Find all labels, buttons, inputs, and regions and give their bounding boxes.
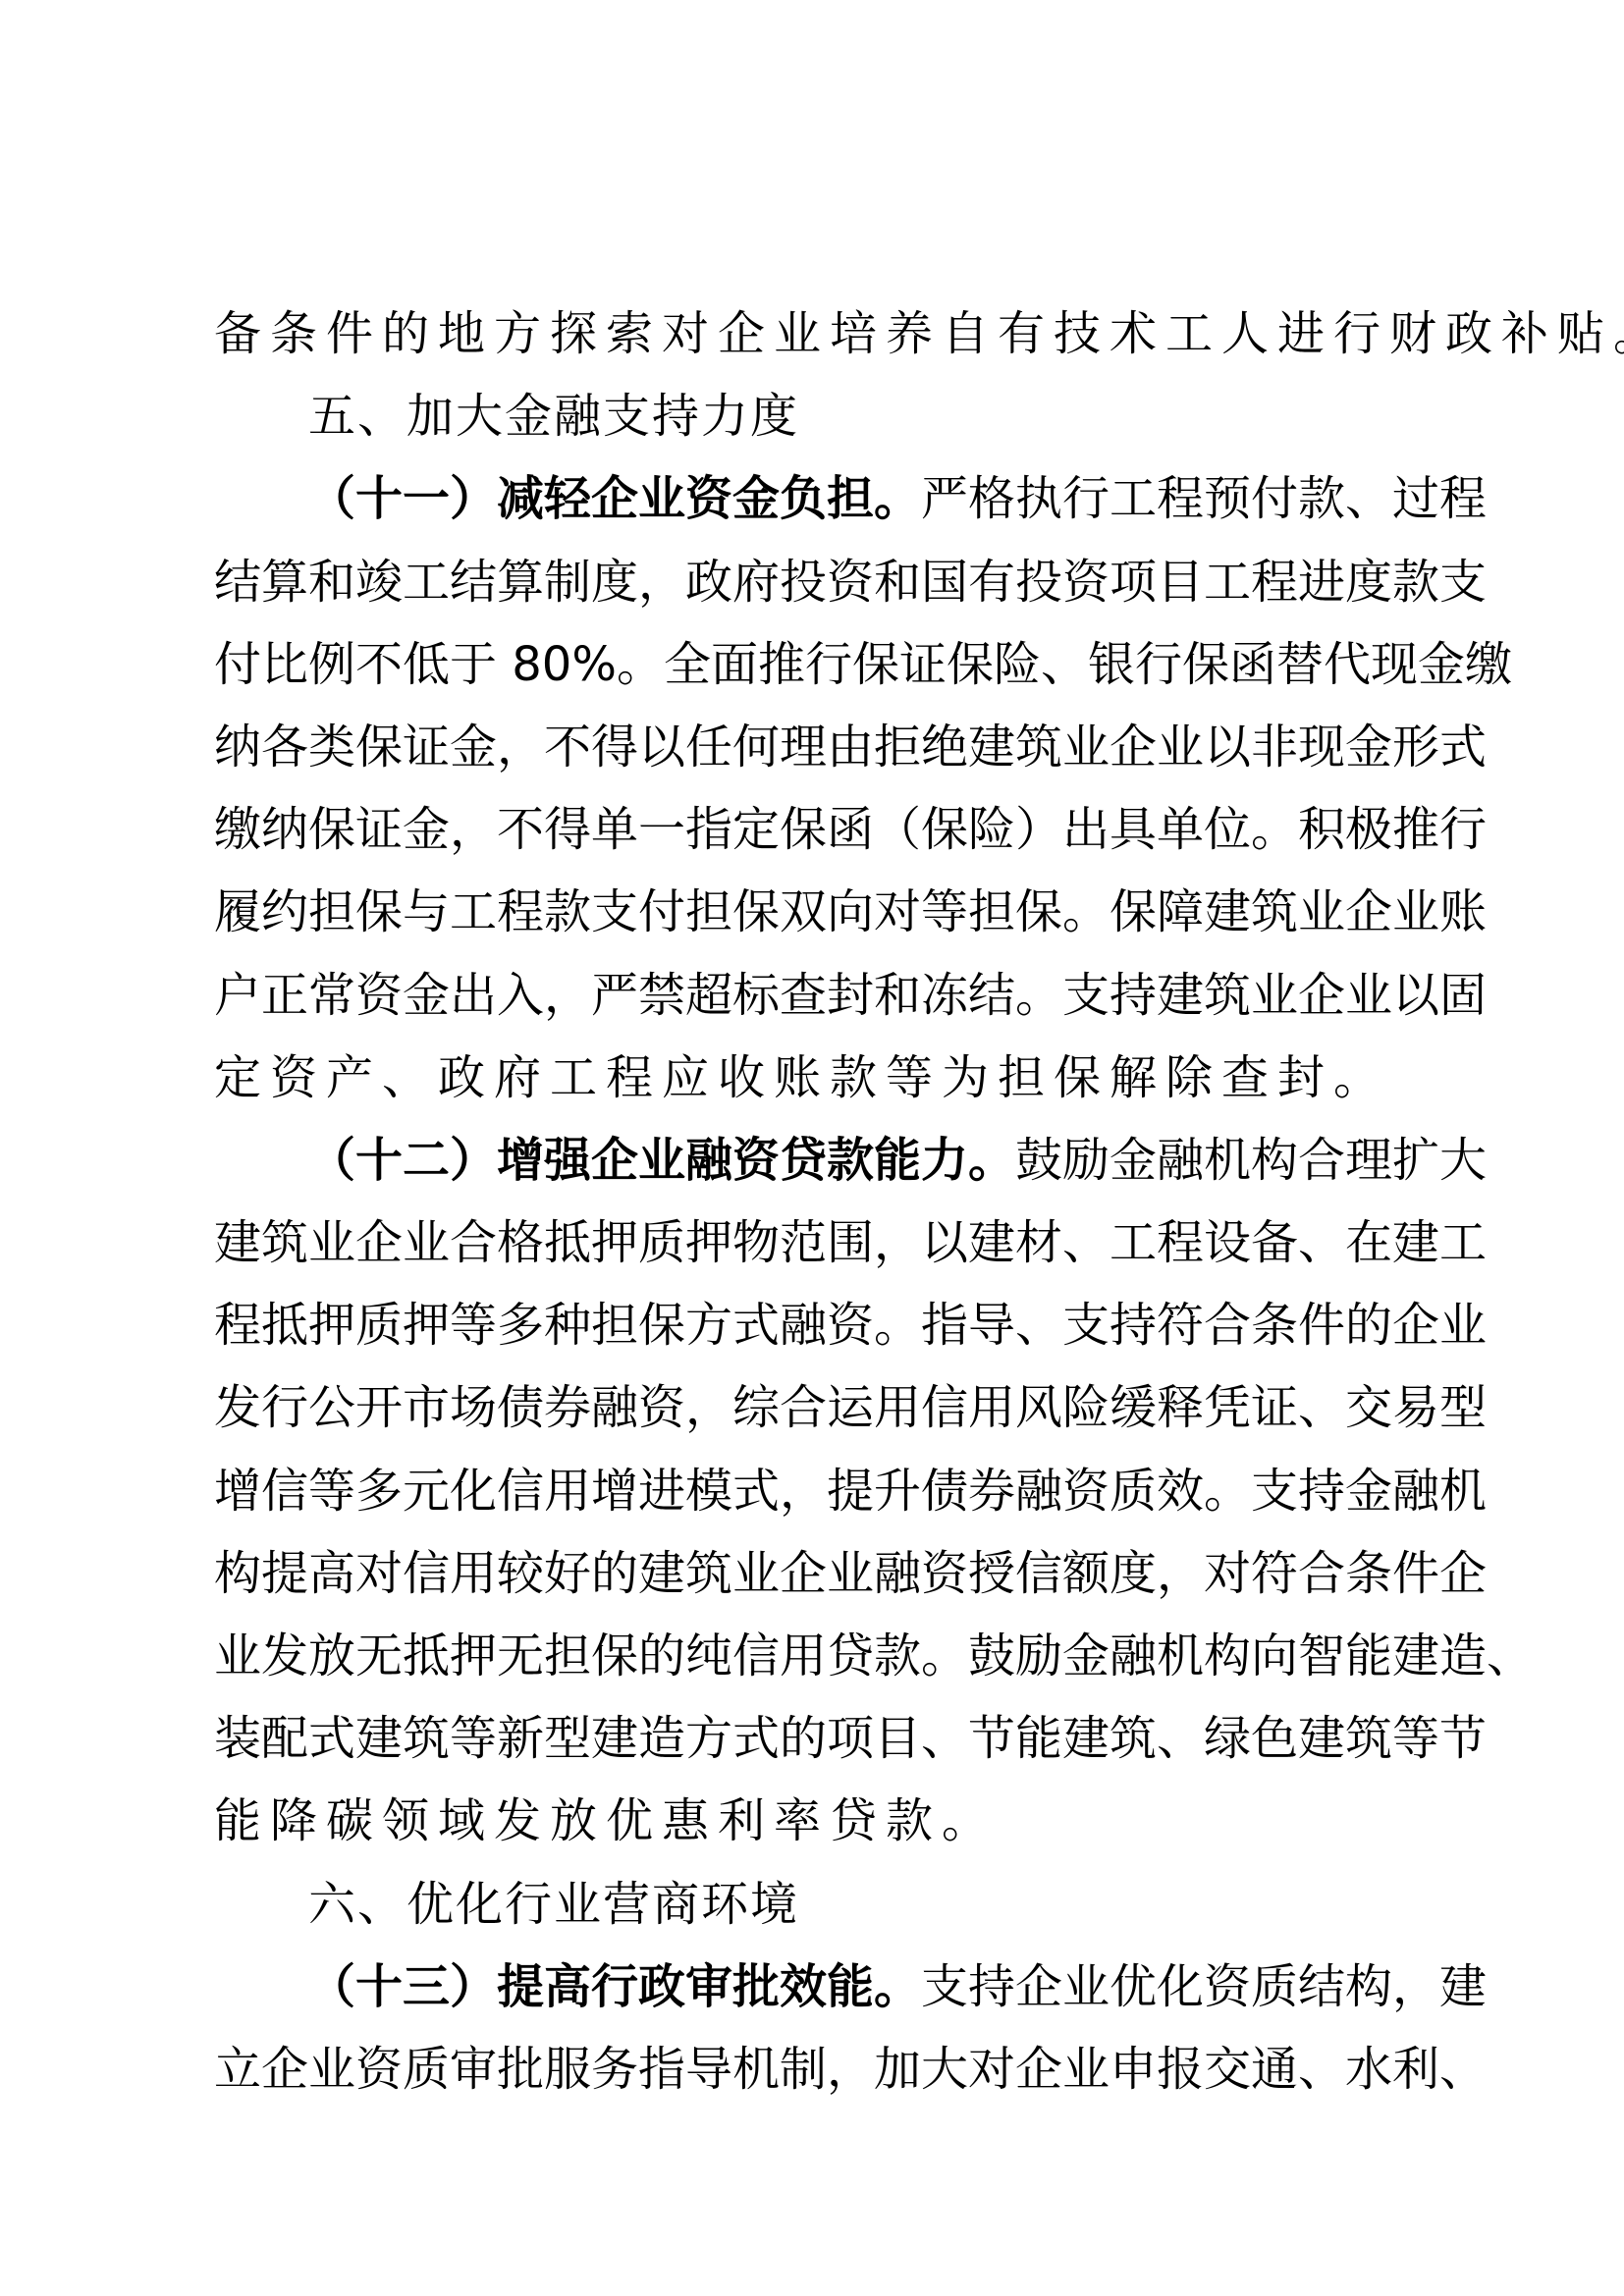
paragraph-line: 严格执行工程预付款、过程 <box>921 471 1487 526</box>
paragraph-13-start: （十三）提高行政审批效能。支持企业优化资质结构，建 <box>214 1946 1416 2028</box>
paragraph-line: 履约担保与工程款支付担保双向对等担保。保障建筑业企业账 <box>214 871 1416 953</box>
paragraph-line: 增信等多元化信用增进模式，提升债券融资质效。支持金融机 <box>214 1450 1416 1532</box>
paragraph-line: 户正常资金出入，严禁超标查封和冻结。支持建筑业企业以固 <box>214 954 1416 1037</box>
paragraph-line: 立企业资质审批服务指导机制，加大对企业申报交通、水利、 <box>214 2028 1416 2110</box>
document-page: 备条件的地方探索对企业培养自有技术工人进行财政补贴。 五、加大金融支持力度 （十… <box>214 293 1416 2110</box>
paragraph-line: 能降碳领域发放优惠利率贷款。 <box>214 1780 1416 1862</box>
paragraph-line: 鼓励金融机构合理扩大 <box>1015 1133 1487 1188</box>
paragraph-line: 结算和竣工结算制度，政府投资和国有投资项目工程进度款支 <box>214 541 1416 623</box>
paragraph-11-start: （十一）减轻企业资金负担。严格执行工程预付款、过程 <box>214 457 1416 540</box>
paragraph-line: 支持企业优化资质结构，建 <box>921 1959 1487 2014</box>
paragraph-line: 定资产、政府工程应收账款等为担保解除查封。 <box>214 1037 1416 1119</box>
paragraph-line: 纳各类保证金，不得以任何理由拒绝建筑业企业以非现金形式 <box>214 706 1416 788</box>
section-heading-5: 五、加大金融支持力度 <box>214 375 1416 457</box>
paragraph-line: 发行公开市场债券融资，综合运用信用风险缓释凭证、交易型 <box>214 1366 1416 1449</box>
paragraph-line: 备条件的地方探索对企业培养自有技术工人进行财政补贴。 <box>214 293 1416 375</box>
paragraph-13-title: （十三）提高行政审批效能。 <box>308 1959 921 2014</box>
paragraph-line: 缴纳保证金，不得单一指定保函（保险）出具单位。积极推行 <box>214 788 1416 871</box>
section-heading-6: 六、优化行业营商环境 <box>214 1863 1416 1946</box>
paragraph-line: 建筑业企业合格抵押质押物范围，以建材、工程设备、在建工 <box>214 1201 1416 1284</box>
paragraph-line: 业发放无抵押无担保的纯信用贷款。鼓励金融机构向智能建造、 <box>214 1615 1416 1697</box>
paragraph-line: 装配式建筑等新型建造方式的项目、节能建筑、绿色建筑等节 <box>214 1697 1416 1780</box>
paragraph-11-title: （十一）减轻企业资金负担。 <box>308 471 921 526</box>
paragraph-line: 付比例不低于 80%。全面推行保证保险、银行保函替代现金缴 <box>214 623 1416 706</box>
paragraph-12-title: （十二）增强企业融资贷款能力。 <box>308 1133 1015 1188</box>
paragraph-line: 构提高对信用较好的建筑业企业融资授信额度，对符合条件企 <box>214 1532 1416 1615</box>
paragraph-12-start: （十二）增强企业融资贷款能力。鼓励金融机构合理扩大 <box>214 1119 1416 1201</box>
paragraph-line: 程抵押质押等多种担保方式融资。指导、支持符合条件的企业 <box>214 1284 1416 1366</box>
